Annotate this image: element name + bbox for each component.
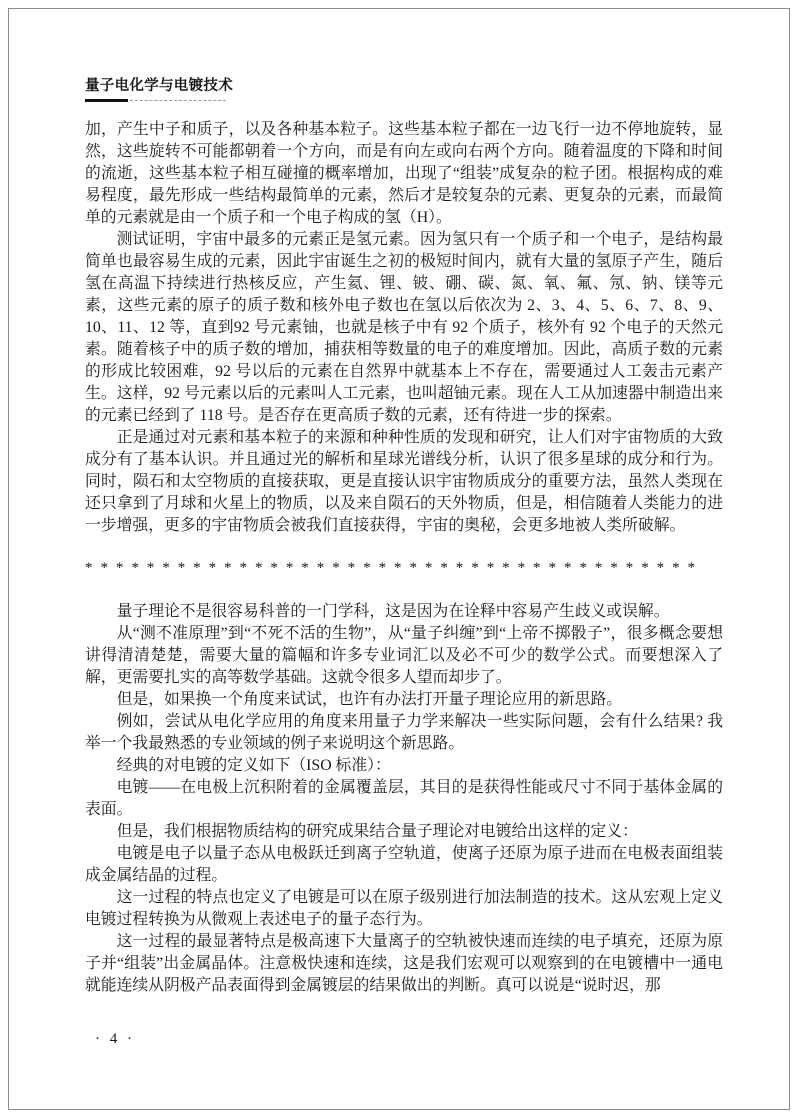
body-paragraph: 从“测不准原理”到“不死不活的生物”，从“量子纠缠”到“上帝不掷骰子”，很多概念…	[85, 623, 723, 689]
book-title: 量子电化学与电镀技术	[85, 76, 723, 96]
article: 加，产生中子和质子，以及各种基本粒子。这些基本粒子都在一边飞行一边不停地旋转，显…	[85, 119, 723, 997]
body-paragraph: 测试证明，宇宙中最多的元素正是氢元素。因为氢只有一个质子和一个电子，是结构最简单…	[85, 229, 723, 427]
body-paragraph: 例如，尝试从电化学应用的角度来用量子力学来解决一些实际问题，会有什么结果? 我举…	[85, 711, 723, 755]
header-rule-solid	[85, 99, 128, 102]
page-content: 量子电化学与电镀技术 加，产生中子和质子，以及各种基本粒子。这些基本粒子都在一边…	[85, 76, 723, 997]
body-paragraph: 但是，如果换一个角度来试试，也许有办法打开量子理论应用的新思路。	[85, 689, 723, 711]
header-rule-dashed	[130, 100, 226, 101]
body-paragraph: 这一过程的最显著特点是极高速下大量离子的空轨被快速而连续的电子填充，还原为原子并…	[85, 931, 723, 997]
body-paragraph: 正是通过对元素和基本粒子的来源和种种性质的发现和研究，让人们对宇宙物质的大致成分…	[85, 427, 723, 537]
section-separator: * * * * * * * * * * * * * * * * * * * * …	[85, 557, 723, 579]
header-rule	[85, 98, 723, 102]
body-paragraph: 电镀是电子以量子态从电极跃迁到离子空轨道，使离子还原为原子进而在电极表面组装成金…	[85, 843, 723, 887]
body-paragraph: 经典的对电镀的定义如下（ISO 标准）：	[85, 755, 723, 777]
body-paragraph: 加，产生中子和质子，以及各种基本粒子。这些基本粒子都在一边飞行一边不停地旋转，显…	[85, 119, 723, 229]
running-header: 量子电化学与电镀技术	[85, 76, 723, 102]
body-paragraph: 量子理论不是很容易科普的一门学科，这是因为在诠释中容易产生歧义或误解。	[85, 601, 723, 623]
body-paragraph: 电镀——在电极上沉积附着的金属覆盖层，其目的是获得性能或尺寸不同于基体金属的表面…	[85, 777, 723, 821]
page-number: · 4 ·	[95, 1031, 135, 1048]
body-paragraph: 这一过程的特点也定义了电镀是可以在原子级别进行加法制造的技术。这从宏观上定义电镀…	[85, 887, 723, 931]
body-paragraph: 但是，我们根据物质结构的研究成果结合量子理论对电镀给出这样的定义：	[85, 821, 723, 843]
